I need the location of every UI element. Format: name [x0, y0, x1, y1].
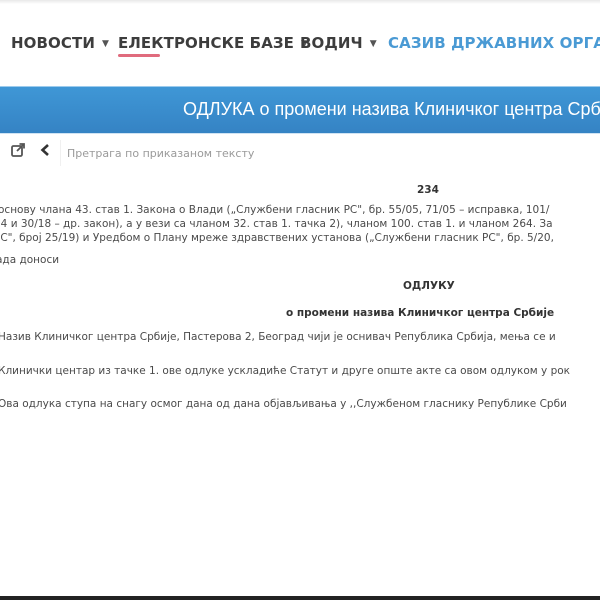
window-top-edge — [0, 0, 600, 4]
preamble-line: основу члана 43. став 1. Закона о Влади … — [0, 204, 549, 216]
nav-item-label: САЗИВ ДРЖАВНИХ ОРГАНА — [388, 34, 600, 52]
nav-item-label: ВОДИЧ — [300, 34, 363, 52]
preamble-line: РС", број 25/19) и Уредбом о Плану мреже… — [0, 232, 554, 244]
main-navigation: НОВОСТИ▼ ЕЛЕКТРОНСКЕ БАЗЕ▼ ВОДИЧ▼ САЗИВ … — [0, 28, 600, 62]
document-toolbar — [0, 138, 600, 168]
search-in-text-input[interactable] — [60, 140, 569, 166]
external-link-icon[interactable] — [10, 142, 26, 162]
nav-item-elektronske-baze[interactable]: ЕЛЕКТРОНСКЕ БАЗЕ▼ — [118, 34, 308, 52]
nav-item-label: НОВОСТИ — [11, 34, 95, 52]
window-bottom-edge — [0, 596, 600, 600]
caret-down-icon: ▼ — [370, 39, 377, 49]
enacting-clause: ада доноси — [0, 254, 59, 266]
preamble-line: 14 и 30/18 – др. закон), а у вези са чла… — [0, 218, 553, 230]
document-title-banner: ОДЛУКА о промени назива Клиничког центра… — [0, 86, 600, 133]
decision-heading: ОДЛУКУ — [403, 280, 455, 292]
article-3: Ова одлука ступа на снагу осмог дана од … — [0, 398, 567, 410]
nav-item-novosti[interactable]: НОВОСТИ▼ — [11, 34, 109, 52]
article-1: Назив Клиничког центра Србије, Пастерова… — [0, 331, 556, 343]
document-title: ОДЛУКА о промени назива Клиничког центра… — [183, 99, 600, 120]
article-2: Клинички центар из тачке 1. ове одлуке у… — [0, 365, 570, 377]
decision-subheading: о промени назива Клиничког центра Србије — [286, 307, 554, 319]
nav-item-saziv-drzavnih-organa[interactable]: САЗИВ ДРЖАВНИХ ОРГАНА — [388, 34, 600, 52]
caret-down-icon: ▼ — [102, 39, 109, 49]
nav-item-vodic[interactable]: ВОДИЧ▼ — [300, 34, 377, 52]
chevron-left-icon[interactable] — [38, 142, 52, 162]
nav-item-label: ЕЛЕКТРОНСКЕ БАЗЕ — [118, 34, 294, 52]
document-number: 234 — [417, 184, 439, 196]
active-nav-indicator — [118, 54, 160, 57]
